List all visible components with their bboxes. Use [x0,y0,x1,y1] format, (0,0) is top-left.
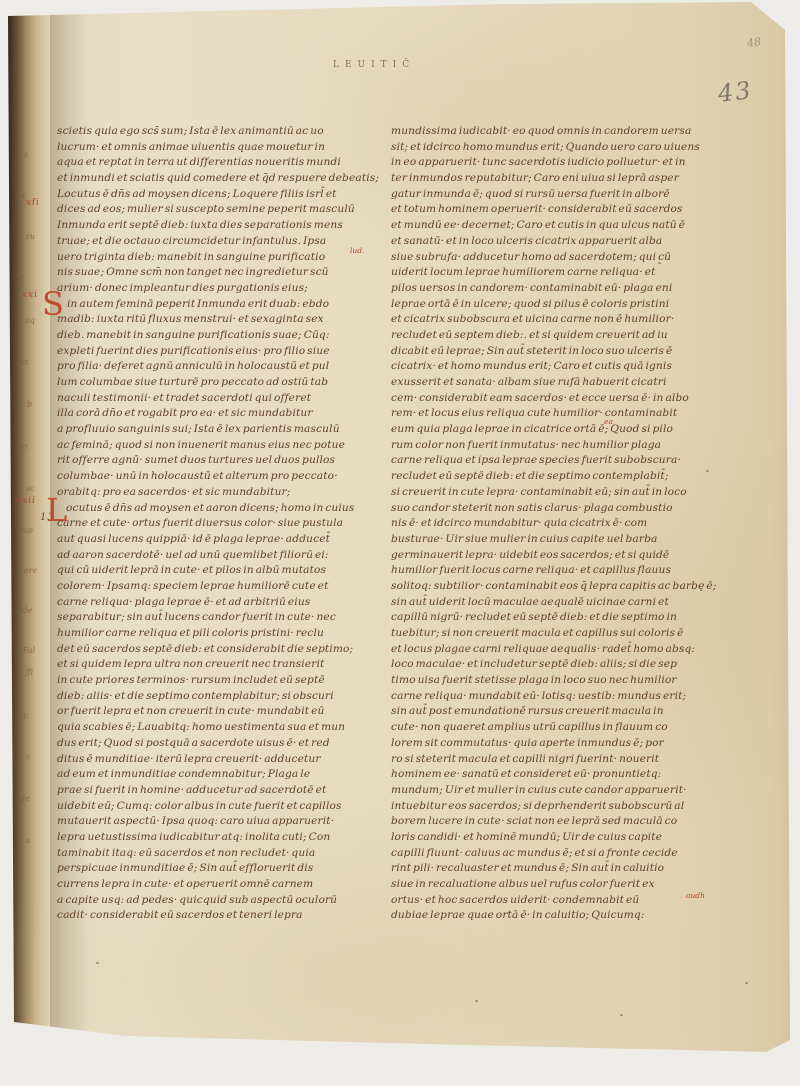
edge-text-fragment: st [21,358,28,367]
chapter-number-mark: xxii [16,496,36,506]
text-line: carne reliqua· mundabit eū· lotisq: uest… [391,689,725,705]
text-line: eum quia plaga leprae in cicatrice ortā … [391,422,725,438]
parchment-speck [745,982,748,984]
text-line: madib: iuxta ritū fluxus menstrui· et se… [57,312,381,328]
edge-text-fragment: oq [25,316,35,325]
text-line: in cute priores terminos· rursum include… [57,673,381,689]
text-line: carne reliqua· plaga leprae ē· et ad arb… [57,595,381,611]
text-line: dices ad eos; mulier si suscepto semine … [57,202,381,218]
text-line: cicatrix· et homo mundus erit; Caro et c… [391,359,725,375]
text-line: in eo apparuerit· tunc sacerdotis iudici… [391,155,725,171]
text-line: ocutus ē dn̄s ad moysen et aaron dicens;… [57,501,381,517]
text-line: orabitq: pro ea sacerdos· et sic mundabi… [57,485,381,501]
text-line: lorem sit commutatus· quia aperte inmund… [391,736,725,752]
text-line: rem· et locus eius reliqua cute humilior… [391,406,725,422]
text-line: rit offerre agnū· sumet duos turtures ue… [57,453,381,469]
text-line: intuebitur eos sacerdos; si deprhenderit… [391,799,725,815]
text-line: perspicuae inmunditiae ē; Sin aut̄ efflo… [57,861,381,877]
text-line: nis ē· et idcirco mundabitur· quia cicat… [391,516,725,532]
text-line: naculi testimonii· et tradet sacerdoti q… [57,391,381,407]
text-line: recludet eū septem dieb:. et si quidem c… [391,328,725,344]
text-line: pro filia· deferet agnū anniculū in holo… [57,359,381,375]
parchment-speck [706,470,709,472]
text-line: capillū nigrū· recludet eū septē dieb: e… [391,610,725,626]
parchment-speck [475,1000,478,1002]
text-line: timo uisa fuerit stetisse plaga in loco … [391,673,725,689]
text-line: separabitur; sin aut̄ lucens candor fuer… [57,610,381,626]
text-line: in autem feminā peperit Inmunda erit dua… [57,297,381,313]
text-line: si creuerit in cute lepra· contaminabit … [391,485,725,501]
edge-text-fragment: m [20,442,28,451]
text-line: currens lepra in cute· et operuerit omnē… [57,877,381,893]
text-line: arium· donec impleantur dies purgationis… [57,281,381,297]
corner-number: 48 [746,35,762,50]
text-line: carne et cute· ortus fuerit diuersus col… [57,516,381,532]
text-line: mundum; Uir et mulier in cuius cute cand… [391,783,725,799]
edge-text-fragment: ere [24,566,37,575]
text-line: ad aaron sacerdotē· uel ad unū quemlibet… [57,548,381,564]
text-line: humilior fuerit locus carne reliqua· et … [391,563,725,579]
text-line: uiderit locum leprae humiliorem carne re… [391,265,725,281]
edge-text-fragment: rop [19,526,33,535]
text-line: dus erit; Quod si postquā a sacerdote ui… [57,736,381,752]
text-line: leprae ortā ē in ulcere; quod si pilus ē… [391,297,725,313]
text-line: busturae· Uir siue mulier in cuius capit… [391,532,725,548]
text-line: ac feminā; quod si non inuenerit manus e… [57,438,381,454]
text-line: lucrum· et omnis animae uiuentis quae mo… [57,140,381,156]
text-line: sin aut̄ uiderit locū maculae aequalē ui… [391,595,725,611]
text-line: illa corā dn̄o et rogabit pro ea· et sic… [57,406,381,422]
text-line: scietis quia ego scs̄ sum; Ista ē lex an… [57,124,381,140]
text-line: et sanatū· et in loco ulceris cicatrix a… [391,234,725,250]
text-line: dicabit eū leprae; Sin aut̄ steterit in … [391,344,725,360]
text-line: dieb. manebit in sanguine purificationis… [57,328,381,344]
text-line: siue subrufa· adducetur homo ad sacerdot… [391,250,725,266]
text-line: dieb: aliis· et die septimo contemplabit… [57,689,381,705]
text-line: mundissima iudicabit· eo quod omnis in c… [391,124,725,140]
text-line: aqua et reptat in terra ut differentias … [57,155,381,171]
text-line: quia scabies ē; Lauabitq: homo uestiment… [57,720,381,736]
text-line: Locutus ē dn̄s ad moysen dicens; Loquere… [57,187,381,203]
text-line: hominem ee· sanatū et consideret eū· pro… [391,767,725,783]
text-line: rum color non fuerit inmutatus· nec humi… [391,438,725,454]
text-line: cute· non quaeret amplius utrū capillus … [391,720,725,736]
text-line: or fuerit lepra et non creuerit in cute·… [57,704,381,720]
edge-text-fragment: sc [26,484,35,493]
text-line: humilior carne reliqua et pili coloris p… [57,626,381,642]
text-line: prae si fuerit in homine· adducetur ad s… [57,783,381,799]
text-line: et inmundi et sciatis quid comedere et q… [57,171,381,187]
edge-text-fragment: de [20,794,30,803]
text-line: cadit· considerabit eū sacerdos et tener… [57,908,381,924]
photo-background: LEUITIC̄ 48 43 sq;rurdoqstbmscropereldeF… [0,0,800,1086]
text-line: recludet eū septē dieb: et die septimo c… [391,469,725,485]
text-column-right: mundissima iudicabit· eo quod omnis in c… [391,124,725,924]
text-line: mutauerit aspectū· Ipsa quoq: caro uiua … [57,814,381,830]
edge-text-fragment: q; [21,710,29,719]
edge-text-fragment: r [32,196,36,205]
text-line: a capite usq: ad pedes· quicquid sub asp… [57,893,381,909]
edge-text-fragment: lde [20,606,32,615]
text-line: exusserit et sanata· albam siue rufā hab… [391,375,725,391]
parchment-speck [658,262,661,264]
text-line: et locus plagae carni reliquae aequalis·… [391,642,725,658]
text-line: siue in recaluatione albus uel rufus col… [391,877,725,893]
text-line: taminabit itaq: eū sacerdos et non reclu… [57,846,381,862]
text-line: nis suae; Omne scm̄ non tanget nec ingre… [57,265,381,281]
edge-text-fragment: s [24,150,28,159]
edge-text-fragment: q; [20,190,28,199]
folio-number: 43 [716,76,754,108]
text-line: colorem· Ipsamq: speciem leprae humilior… [57,579,381,595]
text-line: aut quasi lucens quippiā· id ē plaga lep… [57,532,381,548]
edge-text-fragment: b [27,400,32,409]
running-title: LEUITIC̄ [333,60,415,70]
text-line: columbae· unū in holocaustū et alterum p… [57,469,381,485]
text-line: rint pili· recaluaster et mundus ē; Sin … [391,861,725,877]
text-line: expleti fuerint dies purificationis eius… [57,344,381,360]
text-line: cem· considerabit eam sacerdos· et ecce … [391,391,725,407]
text-line: loris candidi· et hominē mundū; Uir de c… [391,830,725,846]
text-line: tuebitur; si non creuerit macula et capi… [391,626,725,642]
text-line: et cicatrix subobscura et uicina carne n… [391,312,725,328]
edge-text-fragment: Fal [23,646,35,655]
text-line: solitoq: subtilior· contaminabit eos q̄ … [391,579,725,595]
parchment-speck [96,962,99,964]
text-line: ad eum et inmunditiae condemnabitur; Pla… [57,767,381,783]
text-line: lum columbae siue turturē pro peccato ad… [57,375,381,391]
text-line: suo candor steterit non satis clarus· pl… [391,501,725,517]
text-line: gatur inmunda ē; quod si rursū uersa fue… [391,187,725,203]
text-line: Inmunda erit septē dieb: iuxta dies sepa… [57,218,381,234]
text-line: ter inmundos reputabitur; Caro eni uiua … [391,171,725,187]
edge-text-fragment: s [26,752,30,761]
text-line: loco maculae· et includetur septē dieb: … [391,657,725,673]
text-line: germinauerit lepra· uidebit eos sacerdos… [391,548,725,564]
text-line: capilli fluunt· caluus ac mundus ē; et s… [391,846,725,862]
text-line: sit; et idcirco homo mundus erit; Quando… [391,140,725,156]
manuscript-page: LEUITIC̄ 48 43 sq;rurdoqstbmscropereldeF… [6,0,794,1064]
text-line: et si quidem lepra ultra non creuerit ne… [57,657,381,673]
text-line: ro si steterit macula et capilli nigri f… [391,752,725,768]
chapter-number-mark: xii [26,198,40,208]
edge-text-fragment: ru [26,232,35,241]
text-line: uidebit eū; Cumq: color albus in cute fu… [57,799,381,815]
text-line: et mundū ee· decernet; Caro et cutis in … [391,218,725,234]
text-line: det eū sacerdos septē dieb: et considera… [57,642,381,658]
text-line: carne reliqua et ipsa leprae species fue… [391,453,725,469]
text-line: truae; et die octauo circumcidetur infan… [57,234,381,250]
text-line: ortus· et hoc sacerdos uiderit· condemna… [391,893,725,909]
text-line: qui cū uiderit leprā in cute· et pilos i… [57,563,381,579]
text-line: borem lucere in cute· sciat non ee leprā… [391,814,725,830]
parchment-speck [620,1014,623,1016]
text-line: pilos uersos in candorem· contaminabit e… [391,281,725,297]
text-line: et totum hominem operuerit· considerabit… [391,202,725,218]
text-line: a profluuio sanguinis sui; Ista ē lex pa… [57,422,381,438]
text-column-left: scietis quia ego scs̄ sum; Ista ē lex an… [57,124,381,924]
text-line: dubiae leprae quae ortā ē· in caluitio; … [391,908,725,924]
chapter-number-mark: xxi [22,290,38,300]
edge-text-fragment: u [25,836,30,845]
text-line: lepra uetustissima iudicabitur atq: inol… [57,830,381,846]
text-line: ditus ē munditiae· iterū lepra creuerit·… [57,752,381,768]
edge-text-fragment: ffi [25,668,33,677]
text-line: sin aut̄ post emundationē rursus creueri… [391,704,725,720]
text-line: uero triginta dieb: manebit in sanguine … [57,250,381,266]
edge-text-fragment: d [19,274,24,283]
